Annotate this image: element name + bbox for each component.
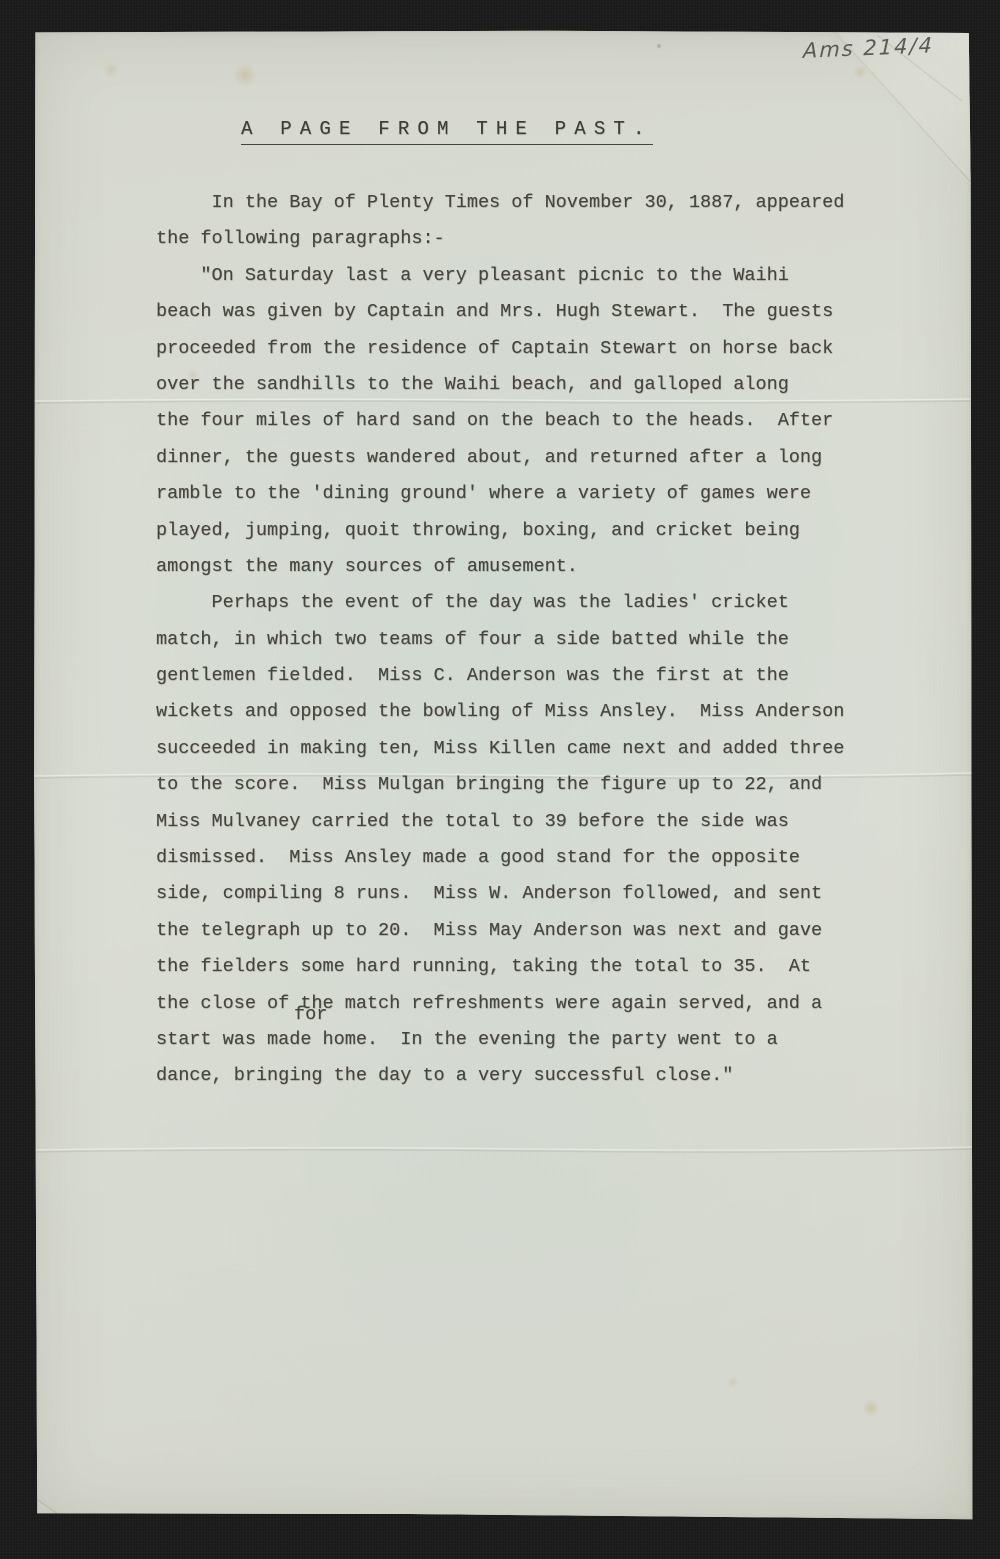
inserted-word: for bbox=[294, 1005, 327, 1025]
text-line: "On Saturday last a very pleasant picnic… bbox=[156, 258, 844, 294]
text-line: played, jumping, quoit throwing, boxing,… bbox=[156, 513, 844, 549]
text-line: dinner, the guests wandered about, and r… bbox=[156, 440, 844, 476]
text-line: match, in which two teams of four a side… bbox=[156, 622, 844, 658]
text-line: proceeded from the residence of Captain … bbox=[156, 331, 844, 367]
typewritten-text: In the Bay of Plenty Times of November 3… bbox=[156, 185, 844, 1095]
text-line: ramble to the 'dining ground' where a va… bbox=[156, 476, 844, 512]
text-line: the following paragraphs:- bbox=[156, 221, 844, 257]
text-line: over the sandhills to the Waihi beach, a… bbox=[156, 367, 844, 403]
page-title: A PAGE FROM THE PAST. bbox=[241, 118, 653, 145]
text-line: the close of the match refreshments were… bbox=[156, 986, 844, 1022]
text-line: the four miles of hard sand on the beach… bbox=[156, 403, 844, 439]
text-line: dismissed. Miss Ansley made a good stand… bbox=[156, 840, 844, 876]
text-line: In the Bay of Plenty Times of November 3… bbox=[156, 185, 844, 221]
text-line: Miss Mulvaney carried the total to 39 be… bbox=[156, 804, 844, 840]
text-line: the telegraph up to 20. Miss May Anderso… bbox=[156, 913, 844, 949]
archive-backdrop: Ams 214/4 A PAGE FROM THE PAST. In the B… bbox=[0, 0, 1000, 1559]
document-page: Ams 214/4 A PAGE FROM THE PAST. In the B… bbox=[33, 30, 973, 1520]
text-line: amongst the many sources of amusement. bbox=[156, 549, 844, 585]
text-line: start was made home. In the evening the … bbox=[156, 1022, 844, 1058]
text-line: side, compiling 8 runs. Miss W. Anderson… bbox=[156, 876, 844, 912]
text-line: gentlemen fielded. Miss C. Anderson was … bbox=[156, 658, 844, 694]
text-line: Perhaps the event of the day was the lad… bbox=[156, 585, 844, 621]
text-line: wickets and opposed the bowling of Miss … bbox=[156, 694, 844, 730]
text-line: the fielders some hard running, taking t… bbox=[156, 949, 844, 985]
text-line: beach was given by Captain and Mrs. Hugh… bbox=[156, 294, 844, 330]
text-line: to the score. Miss Mulgan bringing the f… bbox=[156, 767, 844, 803]
text-line: dance, bringing the day to a very succes… bbox=[156, 1058, 844, 1094]
text-line: succeeded in making ten, Miss Killen cam… bbox=[156, 731, 844, 767]
